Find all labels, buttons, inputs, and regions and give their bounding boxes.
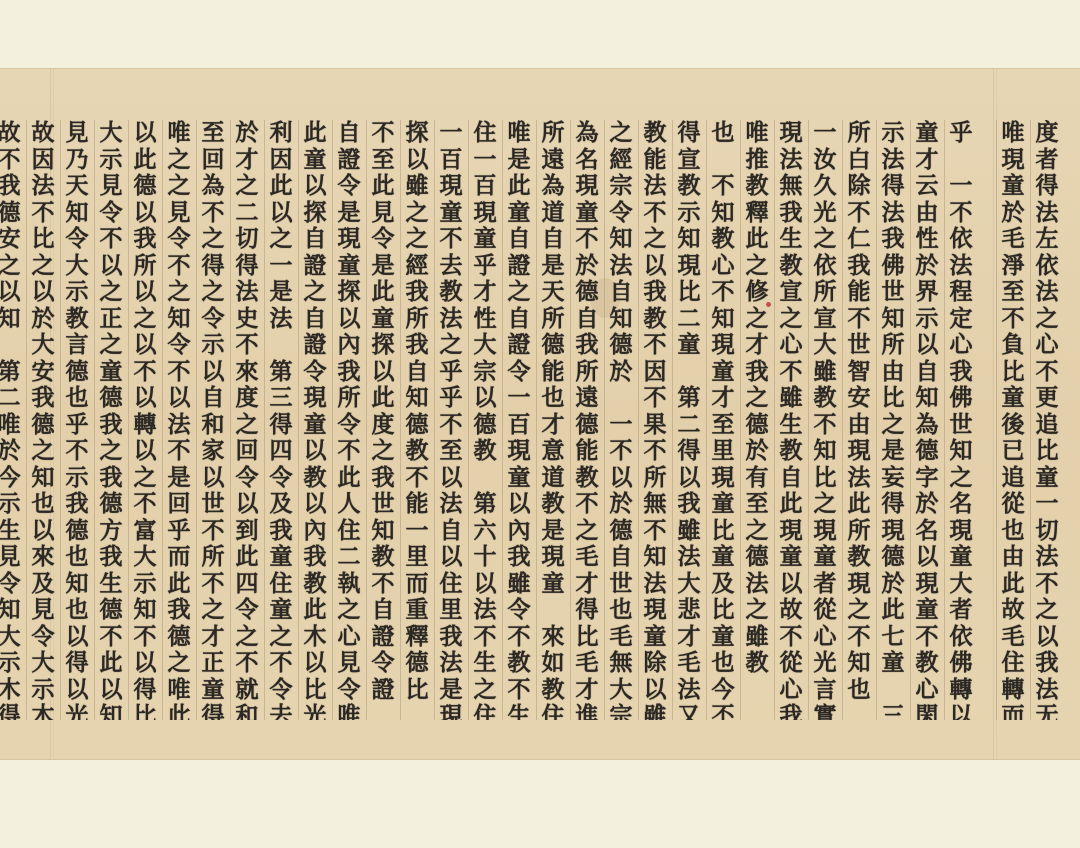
glyph: 得 (234, 253, 260, 280)
glyph: 令 (336, 412, 362, 439)
glyph: 探 (336, 279, 362, 306)
glyph: 自 (438, 518, 464, 545)
glyph: 之 (166, 173, 192, 200)
glyph: 人 (336, 491, 362, 518)
glyph: 也 (710, 650, 736, 677)
glyph: 執 (336, 571, 362, 598)
glyph: 現 (438, 703, 464, 720)
glyph: 三 (880, 703, 906, 720)
glyph: 以 (438, 465, 464, 492)
glyph: 方 (98, 518, 124, 545)
glyph: 所 (846, 120, 872, 147)
glyph: 十 (472, 544, 498, 571)
glyph: 童 (574, 200, 600, 227)
glyph: 也 (1000, 518, 1026, 545)
text-column: 故因法不比之以於大安我德之知也以來及見令大示木得而 (26, 120, 60, 720)
glyph: 不 (506, 624, 532, 651)
glyph: 乎 (438, 359, 464, 386)
glyph: 不 (778, 359, 804, 386)
glyph (710, 147, 736, 174)
text-column: 見乃天知令大示教言德也乎不示我德也知也以得以光之德也 (60, 120, 94, 720)
glyph: 不 (132, 491, 158, 518)
glyph: 唯 (336, 703, 362, 720)
glyph: 自 (370, 597, 396, 624)
glyph: 於 (0, 438, 22, 465)
mount-top-margin (0, 0, 1080, 68)
glyph: 我 (98, 465, 124, 492)
glyph: 不 (642, 385, 668, 412)
glyph: 富 (132, 518, 158, 545)
glyph: 令 (336, 173, 362, 200)
glyph: 我 (166, 597, 192, 624)
glyph: 此 (166, 703, 192, 720)
glyph: 得 (880, 491, 906, 518)
glyph: 三 (268, 385, 294, 412)
glyph: 安 (0, 226, 22, 253)
glyph: 之 (268, 624, 294, 651)
glyph: 我 (370, 465, 396, 492)
glyph: 至 (438, 438, 464, 465)
glyph: 得 (676, 438, 702, 465)
glyph: 以 (64, 677, 90, 704)
glyph: 依 (812, 253, 838, 280)
glyph: 知 (404, 385, 430, 412)
glyph: 得 (574, 597, 600, 624)
glyph: 大 (30, 650, 56, 677)
glyph: 不 (438, 226, 464, 253)
glyph: 現 (948, 518, 974, 545)
glyph: 以 (608, 465, 634, 492)
glyph: 所 (540, 306, 566, 333)
glyph: 我 (404, 332, 430, 359)
glyph: 教 (812, 385, 838, 412)
text-column: 教能法不之以我教不因不果不所無不知法現童除以雖名 (638, 120, 672, 720)
glyph: 證 (302, 332, 328, 359)
glyph: 左 (1034, 226, 1060, 253)
glyph: 我 (778, 703, 804, 720)
glyph: 一 (948, 173, 974, 200)
glyph: 令 (506, 597, 532, 624)
glyph: 見 (30, 597, 56, 624)
glyph: 不 (98, 226, 124, 253)
glyph: 所 (574, 359, 600, 386)
glyph: 知 (166, 306, 192, 333)
glyph: 比 (132, 703, 158, 720)
glyph: 世 (370, 491, 396, 518)
glyph: 此 (744, 226, 770, 253)
glyph: 大 (0, 624, 22, 651)
glyph: 由 (846, 412, 872, 439)
glyph: 已 (1000, 438, 1026, 465)
glyph: 見 (0, 544, 22, 571)
glyph: 故 (0, 120, 22, 147)
glyph: 不 (642, 438, 668, 465)
glyph: 德 (64, 518, 90, 545)
glyph: 也 (608, 597, 634, 624)
glyph: 之 (404, 200, 430, 227)
glyph: 童 (472, 226, 498, 253)
glyph: 此 (1000, 571, 1026, 598)
glyph: 此 (370, 173, 396, 200)
glyph: 雖 (778, 385, 804, 412)
glyph: 我 (30, 385, 56, 412)
glyph: 之 (234, 624, 260, 651)
glyph: 不 (200, 200, 226, 227)
glyph: 得 (200, 253, 226, 280)
glyph (608, 385, 634, 412)
glyph (540, 597, 566, 624)
glyph: 為 (200, 173, 226, 200)
glyph: 令 (234, 465, 260, 492)
glyph: 教 (540, 491, 566, 518)
glyph: 教 (642, 120, 668, 147)
glyph: 不 (846, 624, 872, 651)
glyph: 得 (64, 650, 90, 677)
glyph: 童 (268, 544, 294, 571)
glyph: 德 (404, 412, 430, 439)
glyph: 宗 (608, 173, 634, 200)
glyph: 此 (778, 491, 804, 518)
glyph: 知 (676, 226, 702, 253)
glyph: 得 (132, 677, 158, 704)
glyph: 我 (132, 226, 158, 253)
glyph: 是 (166, 465, 192, 492)
glyph: 大 (948, 571, 974, 598)
glyph: 法 (438, 306, 464, 333)
glyph: 以 (132, 200, 158, 227)
glyph: 生 (0, 518, 22, 545)
glyph: 二 (0, 385, 22, 412)
glyph: 現 (574, 173, 600, 200)
glyph: 法 (676, 544, 702, 571)
glyph: 大 (98, 120, 124, 147)
glyph: 不 (846, 200, 872, 227)
glyph: 者 (1034, 147, 1060, 174)
glyph: 白 (846, 147, 872, 174)
glyph: 不 (166, 359, 192, 386)
glyph: 法 (880, 147, 906, 174)
glyph: 不 (1000, 306, 1026, 333)
glyph: 於 (574, 253, 600, 280)
glyph: 一 (608, 412, 634, 439)
glyph: 於 (608, 359, 634, 386)
glyph: 雖 (642, 703, 668, 720)
glyph: 所 (812, 279, 838, 306)
glyph: 證 (302, 253, 328, 280)
glyph: 至 (1000, 279, 1026, 306)
glyph: 童 (710, 624, 736, 651)
text-column: 故不我德安之以知 第二唯於今示生見令知大示木得而 (0, 120, 26, 720)
glyph: 世 (948, 412, 974, 439)
glyph: 唯 (744, 120, 770, 147)
glyph: 心 (812, 624, 838, 651)
glyph: 名 (948, 491, 974, 518)
glyph: 不 (574, 491, 600, 518)
glyph: 令 (98, 200, 124, 227)
glyph: 此 (370, 279, 396, 306)
glyph: 之 (574, 518, 600, 545)
glyph: 自 (200, 385, 226, 412)
glyph: 示 (64, 465, 90, 492)
glyph (0, 332, 22, 359)
glyph: 住 (336, 518, 362, 545)
glyph: 我 (64, 491, 90, 518)
glyph: 世 (200, 491, 226, 518)
glyph: 大 (812, 332, 838, 359)
glyph: 令 (64, 226, 90, 253)
glyph: 一 (438, 120, 464, 147)
glyph: 不 (1034, 359, 1060, 386)
glyph: 安 (846, 385, 872, 412)
glyph: 令 (234, 597, 260, 624)
glyph: 一 (472, 147, 498, 174)
manuscript-paper: 度者得法左依法之心不更追比童一切法不之以我法无唯現童於毛淨至不負比童後已追從也由… (0, 68, 1080, 760)
glyph: 現 (676, 253, 702, 280)
glyph: 現 (846, 438, 872, 465)
glyph: 示 (880, 120, 906, 147)
text-column: 大示見令不以之正之童德我之我德方我生德不此以知不至 (94, 120, 128, 720)
glyph: 以 (132, 438, 158, 465)
glyph: 回 (200, 147, 226, 174)
glyph: 令 (608, 200, 634, 227)
glyph: 之 (98, 332, 124, 359)
glyph: 知 (98, 703, 124, 720)
glyph: 之 (200, 279, 226, 306)
glyph: 之 (812, 226, 838, 253)
glyph: 宣 (778, 279, 804, 306)
glyph: 教 (404, 438, 430, 465)
glyph: 之 (166, 147, 192, 174)
glyph: 里 (404, 544, 430, 571)
glyph: 百 (472, 173, 498, 200)
glyph: 比 (676, 279, 702, 306)
glyph: 以 (132, 332, 158, 359)
glyph: 能 (404, 491, 430, 518)
glyph: 道 (540, 200, 566, 227)
glyph: 法 (642, 173, 668, 200)
glyph: 知 (642, 544, 668, 571)
glyph: 自 (506, 306, 532, 333)
glyph: 法 (948, 253, 974, 280)
glyph: 住 (472, 120, 498, 147)
glyph: 我 (438, 624, 464, 651)
glyph: 德 (744, 544, 770, 571)
glyph: 教 (710, 226, 736, 253)
glyph: 現 (778, 518, 804, 545)
glyph: 佛 (880, 253, 906, 280)
glyph: 見 (98, 173, 124, 200)
glyph: 因 (268, 147, 294, 174)
glyph: 重 (404, 597, 430, 624)
glyph: 是 (370, 253, 396, 280)
glyph: 由 (1000, 544, 1026, 571)
glyph: 住 (540, 703, 566, 720)
glyph: 不 (370, 120, 396, 147)
glyph: 我 (778, 200, 804, 227)
text-column: 一汝久光之依所宣大雖教不知比之現童者從心光言實之 (808, 120, 842, 720)
glyph: 探 (302, 200, 328, 227)
glyph: 才 (574, 571, 600, 598)
glyph: 自 (506, 226, 532, 253)
glyph: 於 (914, 491, 940, 518)
glyph: 正 (200, 650, 226, 677)
glyph: 乎 (166, 518, 192, 545)
glyph: 也 (30, 491, 56, 518)
glyph: 我 (404, 279, 430, 306)
glyph: 比 (574, 624, 600, 651)
glyph: 所 (880, 332, 906, 359)
glyph: 大 (132, 544, 158, 571)
glyph: 此 (302, 597, 328, 624)
glyph: 不 (642, 332, 668, 359)
glyph: 轉 (1000, 677, 1026, 704)
glyph: 德 (540, 332, 566, 359)
glyph: 法 (642, 571, 668, 598)
glyph: 示 (676, 200, 702, 227)
glyph: 法 (30, 173, 56, 200)
glyph: 之 (642, 226, 668, 253)
glyph: 後 (1000, 412, 1026, 439)
glyph: 如 (540, 650, 566, 677)
glyph: 一 (1034, 491, 1060, 518)
glyph: 意 (540, 438, 566, 465)
glyph: 除 (846, 173, 872, 200)
glyph: 世 (608, 571, 634, 598)
glyph: 德 (30, 412, 56, 439)
glyph: 之 (744, 518, 770, 545)
glyph: 不 (948, 200, 974, 227)
glyph: 令 (370, 650, 396, 677)
glyph: 現 (710, 332, 736, 359)
glyph: 以 (1034, 624, 1060, 651)
glyph: 心 (710, 253, 736, 280)
glyph: 法 (744, 571, 770, 598)
glyph: 之 (234, 412, 260, 439)
glyph: 以 (506, 491, 532, 518)
glyph: 經 (404, 253, 430, 280)
glyph: 教 (778, 438, 804, 465)
glyph: 之 (880, 412, 906, 439)
glyph: 不 (710, 703, 736, 720)
glyph: 現 (302, 385, 328, 412)
glyph: 知 (132, 597, 158, 624)
glyph: 知 (30, 465, 56, 492)
glyph: 以 (404, 147, 430, 174)
glyph: 之 (744, 597, 770, 624)
glyph: 生 (778, 412, 804, 439)
glyph: 之 (370, 438, 396, 465)
glyph: 法 (1034, 279, 1060, 306)
glyph: 我 (98, 544, 124, 571)
glyph: 童 (268, 597, 294, 624)
glyph: 不 (642, 518, 668, 545)
glyph: 唯 (506, 120, 532, 147)
glyph: 證 (506, 253, 532, 280)
glyph: 毛 (1000, 624, 1026, 651)
glyph: 我 (98, 412, 124, 439)
text-column: 住一百現童乎才性大宗以德教 第六十以法不生之住 (468, 120, 502, 720)
glyph: 毛 (608, 624, 634, 651)
glyph: 毛 (1000, 226, 1026, 253)
glyph: 法 (608, 253, 634, 280)
glyph: 不 (234, 650, 260, 677)
glyph: 現 (710, 465, 736, 492)
glyph: 法 (438, 650, 464, 677)
glyph: 內 (506, 518, 532, 545)
glyph: 光 (302, 703, 328, 720)
glyph: 來 (540, 624, 566, 651)
glyph: 童 (1034, 465, 1060, 492)
glyph: 內 (302, 518, 328, 545)
glyph: 能 (540, 359, 566, 386)
glyph: 者 (812, 571, 838, 598)
glyph: 宣 (812, 306, 838, 333)
glyph: 自 (302, 226, 328, 253)
glyph: 教 (438, 279, 464, 306)
glyph: 不 (370, 571, 396, 598)
glyph: 德 (132, 173, 158, 200)
glyph: 毛 (574, 650, 600, 677)
glyph: 一 (812, 120, 838, 147)
glyph: 以 (132, 279, 158, 306)
glyph: 天 (540, 279, 566, 306)
glyph: 今 (0, 465, 22, 492)
glyph: 得 (0, 703, 22, 720)
glyph: 里 (438, 597, 464, 624)
glyph: 現 (506, 438, 532, 465)
glyph: 得 (880, 173, 906, 200)
glyph: 淨 (1000, 253, 1026, 280)
glyph: 之 (336, 597, 362, 624)
glyph: 生 (506, 703, 532, 720)
text-column: 探以雖之之經我所我自知德教不能一里而重釋德比 (400, 120, 434, 720)
glyph: 之 (0, 253, 22, 280)
glyph: 之 (506, 279, 532, 306)
glyph: 轉 (948, 677, 974, 704)
glyph: 所 (132, 253, 158, 280)
glyph: 和 (234, 703, 260, 720)
glyph: 於 (744, 438, 770, 465)
glyph: 乎 (64, 412, 90, 439)
glyph: 雖 (404, 173, 430, 200)
glyph: 以 (948, 703, 974, 720)
glyph: 以 (98, 677, 124, 704)
glyph: 童 (302, 412, 328, 439)
glyph: 令 (370, 226, 396, 253)
text-column: 一百現童不去教法之乎乎不至以法自以住里我法是現童 (434, 120, 468, 720)
glyph: 住 (472, 703, 498, 720)
glyph: 毛 (574, 544, 600, 571)
glyph: 是 (506, 147, 532, 174)
glyph: 教 (302, 465, 328, 492)
glyph: 是 (438, 677, 464, 704)
glyph: 利 (268, 120, 294, 147)
glyph: 德 (608, 332, 634, 359)
glyph: 至 (200, 120, 226, 147)
glyph: 我 (846, 253, 872, 280)
glyph: 所 (336, 385, 362, 412)
glyph: 而 (166, 544, 192, 571)
glyph: 回 (166, 491, 192, 518)
glyph: 心 (1034, 332, 1060, 359)
glyph: 法 (1034, 200, 1060, 227)
glyph: 教 (744, 173, 770, 200)
glyph: 因 (642, 359, 668, 386)
glyph (880, 677, 906, 704)
glyph (948, 147, 974, 174)
glyph: 六 (472, 518, 498, 545)
glyph: 住 (1000, 650, 1026, 677)
